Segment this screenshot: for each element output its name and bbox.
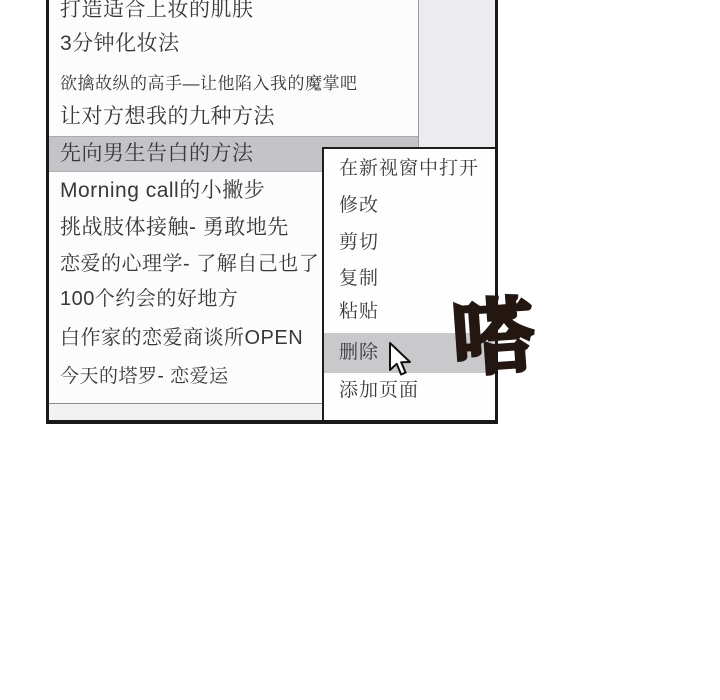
list-item[interactable]: 打造适合上妆的肌肤	[60, 0, 254, 25]
click-sound-effect: 嗒	[449, 295, 537, 383]
list-side-margin	[418, 0, 495, 148]
comic-panel: 打造适合上妆的肌肤 3分钟化妆法 欲擒故纵的高手—让他陷入我的魔掌吧 让对方想我…	[46, 0, 498, 424]
list-item[interactable]: 挑战肢体接触- 勇敢地先	[60, 213, 289, 243]
list-footer-bar	[49, 403, 323, 420]
menu-item-edit[interactable]: 修改	[339, 188, 379, 224]
menu-item-cut[interactable]: 剪切	[339, 225, 379, 261]
menu-item-delete[interactable]: 删除	[339, 335, 379, 371]
list-item[interactable]: 3分钟化妆法	[60, 29, 180, 59]
list-item[interactable]: 今天的塔罗- 恋爱运	[60, 362, 229, 392]
list-item[interactable]: Morning call的小撇步	[60, 176, 265, 206]
list-item[interactable]: 让对方想我的九种方法	[60, 102, 275, 132]
list-item-selected[interactable]: 先向男生告白的方法	[60, 139, 254, 169]
menu-item-paste[interactable]: 粘贴	[339, 294, 379, 330]
list-item[interactable]: 白作家的恋爱商谈所OPEN	[60, 323, 303, 353]
list-item[interactable]: 恋爱的心理学- 了解自己也了	[60, 249, 319, 279]
menu-item-open-new-window[interactable]: 在新视窗中打开	[339, 151, 479, 187]
menu-item-copy[interactable]: 复制	[339, 261, 379, 297]
list-item[interactable]: 100个约会的好地方	[60, 284, 238, 314]
list-item[interactable]: 欲擒故纵的高手—让他陷入我的魔掌吧	[60, 72, 358, 96]
cursor-arrow-icon	[388, 342, 413, 385]
